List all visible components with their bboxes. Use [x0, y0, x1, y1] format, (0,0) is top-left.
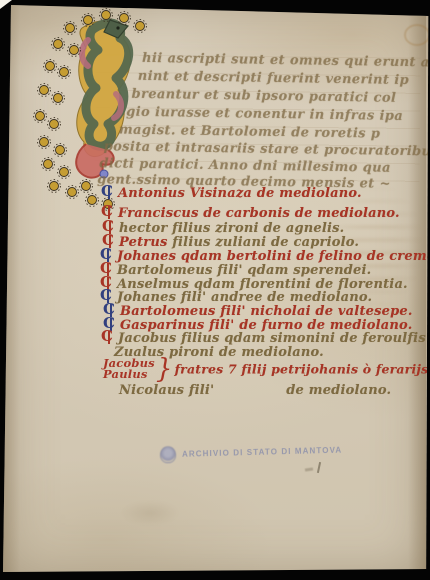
- register-entry: Bartolomeus fili' qdam sperendei.: [117, 263, 371, 278]
- scanned-folio-scene: hii ascripti sunt et omnes qui erunt au …: [0, 0, 430, 580]
- register-entry: Franciscus de carbonis de mediolano.: [118, 206, 400, 221]
- bracket-brace: }: [156, 353, 173, 385]
- parchment-page: hii ascripti sunt et omnes qui erunt au …: [0, 0, 430, 580]
- faded-paragraph: hii ascripti sunt et omnes qui erunt au …: [0, 0, 430, 3]
- entry-text: Paulus: [103, 369, 155, 380]
- entry-text: de mediolano.: [286, 383, 391, 398]
- archive-crest-emblem-icon: [160, 446, 176, 463]
- register-entry: Johanes qdam bertolini de felino de crem…: [117, 249, 430, 264]
- register-entry: Petrus filius zuliani de capriolo.: [119, 235, 359, 250]
- pencil-mark: [317, 462, 321, 473]
- page-background: { "page": { "background_color": "#040404…: [0, 0, 430, 580]
- entry-text: Petrus: [119, 235, 172, 250]
- corner-notch: [0, 0, 12, 9]
- entry-text: Franciscus de carbonis de mediolano.: [118, 206, 400, 221]
- register-entry: hector filius zironi de agnelis.: [119, 221, 344, 236]
- page-edge-shadow-left: [2, 0, 20, 580]
- entry-text: Bartolomeus fili' qdam sperendei.: [117, 263, 371, 278]
- paragraph-mark: [101, 184, 111, 199]
- entry-text: Johanes qdam bertolini de felino de crem…: [117, 249, 430, 264]
- stamp-text: ARCHIVIO DI STATO DI MANTOVA: [182, 446, 342, 459]
- entry-text: Nicolaus fili': [119, 383, 214, 398]
- archive-stamp: ARCHIVIO DI STATO DI MANTOVA: [160, 442, 343, 464]
- register-entry: Antonius Visinaza de mediolano.: [118, 186, 362, 201]
- entry-text: fratres 7 filij petrijohanis ò ferarijs …: [175, 362, 430, 377]
- register-entry: Bartolomeus fili' nicholai de valtesepe.: [120, 304, 413, 319]
- stain-smudge: [120, 500, 180, 526]
- entry-text: Jacobus filius qdam simonini de feroulfi…: [118, 331, 430, 346]
- entry-text: Johanes fili' andree de mediolano.: [117, 290, 372, 305]
- entry-text: filius zuliani de capriolo.: [172, 235, 359, 250]
- register-entry: Nicolaus fili'de mediolano.: [119, 383, 391, 398]
- paragraph-mark: [101, 329, 111, 344]
- register-entry: Johanes fili' andree de mediolano.: [117, 290, 372, 305]
- entry-text: Bartolomeus fili' nicholai de valtesepe.: [120, 304, 413, 319]
- brothers-names: Jacobus Paulus: [103, 358, 155, 380]
- entry-text: Antonius Visinaza de mediolano.: [118, 186, 362, 201]
- register-entry-brothers: Jacobus Paulus }fratres 7 filij petrijoh…: [103, 354, 430, 384]
- entry-text: hector filius zironi de agnelis.: [119, 221, 344, 236]
- ring-stain: [404, 24, 430, 46]
- register-entry: Jacobus filius qdam simonini de feroulfi…: [118, 331, 430, 346]
- pencil-smudge: [305, 467, 313, 471]
